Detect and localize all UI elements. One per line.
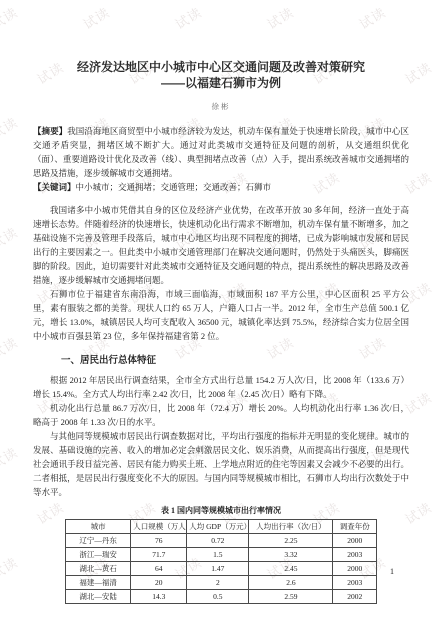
cell-gdp: 2: [187, 576, 249, 590]
cell-survey-year: 2003: [333, 548, 377, 562]
cell-gdp: 1.47: [187, 562, 249, 576]
intro-paragraph-1: 我国诸多中小城市凭借其自身的区位及经济产业优势，在改革开放 30 多年间，经济一…: [33, 203, 409, 287]
cell-trip-rate: 3.32: [249, 548, 333, 562]
trip-rate-table: 城市 人口规模（万人） 人均 GDP（万元） 人均出行率（次/日） 调查年份 辽…: [65, 519, 377, 604]
paper-subtitle: ——以福建石狮市为例: [33, 76, 409, 91]
section-1-heading: 一、居民出行总体特征: [33, 352, 409, 366]
keywords-label: 【关键词】: [33, 182, 76, 192]
table-row: 浙江—瑞安 71.7 1.5 3.32 2003: [66, 548, 377, 562]
header-trip-rate: 人均出行率（次/日）: [249, 520, 333, 534]
abstract-block: 【摘要】我国沿海地区商贸型中小城市经济较为发达，机动车保有量处于快速增长阶段，城…: [33, 124, 409, 194]
table-header-row: 城市 人口规模（万人） 人均 GDP（万元） 人均出行率（次/日） 调查年份: [66, 520, 377, 534]
cell-trip-rate: 2.59: [249, 590, 333, 604]
table-row: 湖北—黄石 64 1.47 2.45 2000: [66, 562, 377, 576]
table-row: 湖北—安陆 14.3 0.5 2.59 2002: [66, 590, 377, 604]
abstract-text: 我国沿海地区商贸型中小城市经济较为发达，机动车保有量处于快速增长阶段，城市中心区…: [33, 126, 409, 178]
abstract-paragraph: 【摘要】我国沿海地区商贸型中小城市经济较为发达，机动车保有量处于快速增长阶段，城…: [33, 124, 409, 180]
cell-population: 71.7: [131, 548, 187, 562]
cell-population: 76: [131, 534, 187, 548]
page-number: 1: [390, 567, 394, 576]
cell-gdp: 1.5: [187, 548, 249, 562]
section-1-paragraph-3: 与其他同等规模城市居民出行调查数据对比，平均出行强度的指标并无明显的变化规律。城…: [33, 429, 409, 499]
author-name: 徐彬: [33, 101, 409, 112]
header-population: 人口规模（万人）: [131, 520, 187, 534]
introduction-section: 我国诸多中小城市凭借其自身的区位及经济产业优势，在改革开放 30 多年间，经济一…: [33, 203, 409, 343]
keywords-text: 中小城市；交通拥堵；交通管理；交通改善；石狮市: [76, 182, 272, 192]
section-1-paragraph-1: 根据 2012 年居民出行调查结果，全市全方式出行总量 154.2 万人次/日，…: [33, 373, 409, 401]
document-page: 经济发达地区中小城市中心区交通问题及改善对策研究 ——以福建石狮市为例 徐彬 【…: [0, 0, 440, 604]
table-caption: 表 1 国内同等规模城市出行率情况: [33, 505, 409, 516]
cell-survey-year: 2002: [333, 590, 377, 604]
cell-gdp: 0.72: [187, 534, 249, 548]
abstract-label: 【摘要】: [33, 126, 67, 136]
table-row: 福建—福清 20 2 2.6 2003: [66, 576, 377, 590]
cell-trip-rate: 2.25: [249, 534, 333, 548]
cell-gdp: 0.5: [187, 590, 249, 604]
header-survey-year: 调查年份: [333, 520, 377, 534]
cell-city: 湖北—黄石: [66, 562, 131, 576]
header-city: 城市: [66, 520, 131, 534]
keywords-paragraph: 【关键词】中小城市；交通拥堵；交通管理；交通改善；石狮市: [33, 180, 409, 194]
cell-trip-rate: 2.45: [249, 562, 333, 576]
cell-city: 辽宁—丹东: [66, 534, 131, 548]
intro-paragraph-2: 石狮市位于福建省东南沿海，市域三面临海，市域面积 187 平方公里，中心区面积 …: [33, 287, 409, 343]
cell-population: 20: [131, 576, 187, 590]
section-1-body: 根据 2012 年居民出行调查结果，全市全方式出行总量 154.2 万人次/日，…: [33, 373, 409, 499]
cell-survey-year: 2003: [333, 576, 377, 590]
cell-city: 湖北—安陆: [66, 590, 131, 604]
cell-city: 浙江—瑞安: [66, 548, 131, 562]
cell-population: 14.3: [131, 590, 187, 604]
cell-survey-year: 2000: [333, 534, 377, 548]
cell-city: 福建—福清: [66, 576, 131, 590]
cell-population: 64: [131, 562, 187, 576]
table-row: 辽宁—丹东 76 0.72 2.25 2000: [66, 534, 377, 548]
header-gdp: 人均 GDP（万元）: [187, 520, 249, 534]
section-1-paragraph-2: 机动化出行总量 86.7 万次/日，比 2008 年（72.4 万）增长 20%…: [33, 401, 409, 429]
cell-survey-year: 2000: [333, 562, 377, 576]
paper-title: 经济发达地区中小城市中心区交通问题及改善对策研究: [33, 60, 409, 75]
cell-trip-rate: 2.6: [249, 576, 333, 590]
